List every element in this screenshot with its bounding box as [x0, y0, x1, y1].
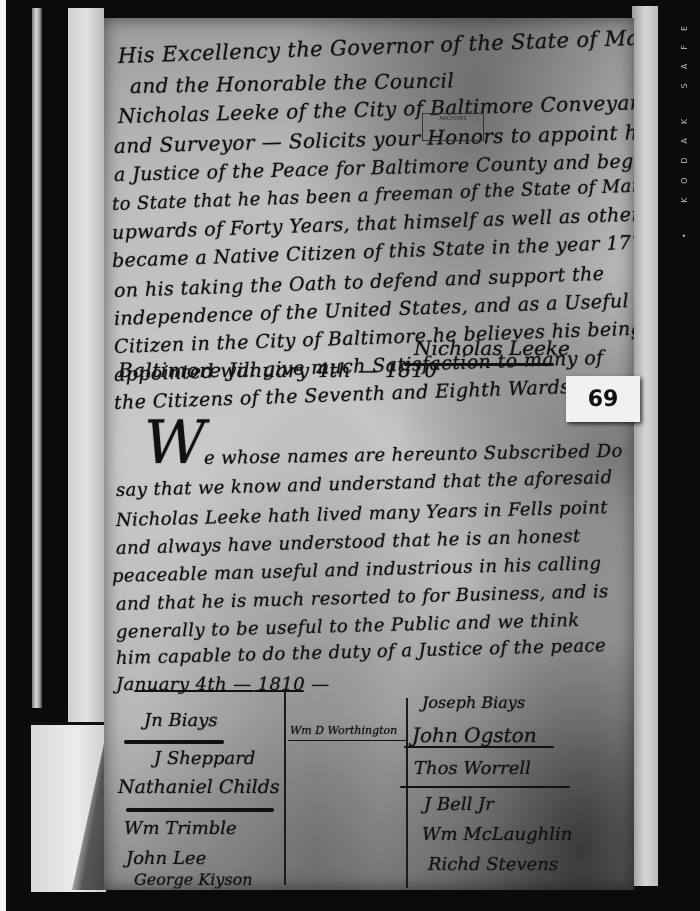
rule — [400, 786, 570, 788]
certificate-initial: W — [144, 413, 206, 473]
signature-flourish — [126, 808, 274, 812]
manuscript-page: His Excellency the Governor of the State… — [104, 18, 634, 890]
signature-flourish — [124, 740, 224, 744]
certificate-line: Nicholas Leeke hath lived many Years in … — [116, 497, 608, 531]
rule — [134, 690, 254, 692]
signature-divider — [406, 698, 408, 888]
petition-line: and the Honorable the Council — [130, 68, 455, 98]
signatory: Richd Stevens — [428, 854, 558, 875]
item-number-tag: 69 — [566, 376, 640, 422]
certificate-line: and that he is much resorted to for Busi… — [116, 581, 609, 615]
signatory: George Kiyson — [134, 870, 253, 889]
petitioner-signature: Nicholas Leeke — [414, 336, 570, 360]
film-edge-dark — [42, 8, 66, 708]
film-edge-marking: • KODAK SAFE — [680, 8, 694, 238]
petition-line: His Excellency the Governor of the State… — [118, 25, 634, 68]
signatory: Jn Biays — [144, 710, 218, 731]
film-bottom-edge — [6, 892, 700, 911]
archives-stamp: ARCHIVES — [422, 113, 484, 141]
rule — [288, 740, 408, 741]
film-edge-strip — [32, 8, 42, 708]
rule — [254, 690, 304, 692]
petition-dateline: Baltimore January 4th — 1810 — [118, 358, 438, 382]
signatory: Thos Worrell — [414, 758, 531, 779]
signature-divider — [284, 690, 286, 885]
signature-flourish — [404, 746, 554, 748]
certificate-line: and always have understood that he is an… — [116, 526, 581, 559]
signatory: John Lee — [126, 848, 206, 869]
signatory: Wm McLaughlin — [422, 824, 572, 845]
folder-edge-right — [632, 6, 658, 886]
signatory: Joseph Biays — [422, 693, 525, 712]
signatory: Wm Trimble — [124, 818, 237, 839]
signatory: Wm D Worthington — [290, 724, 397, 737]
certificate-line: e whose names are hereunto Subscribed Do — [204, 441, 623, 469]
signatory: J Bell Jr — [424, 794, 494, 815]
signatory: Nathaniel Childs — [118, 776, 280, 798]
signatory: J Sheppard — [154, 748, 255, 769]
certificate-line: peaceable man useful and industrious in … — [112, 553, 602, 587]
signatory: John Ogston — [412, 723, 537, 747]
